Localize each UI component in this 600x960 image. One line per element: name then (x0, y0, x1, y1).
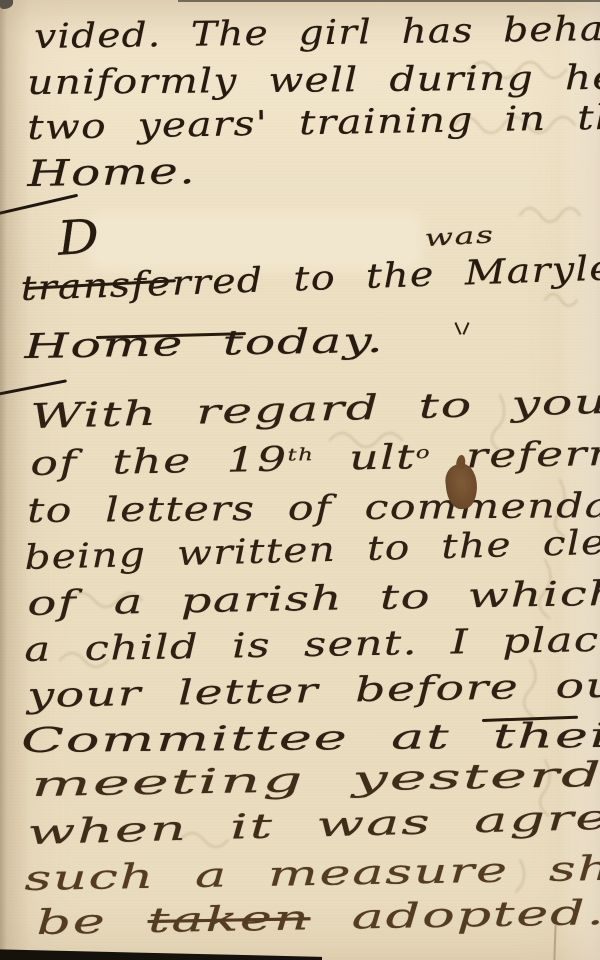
handwriting-line: such a measure should (24, 850, 600, 896)
handwriting-line: D (56, 213, 102, 263)
handwriting-line: Home today. (24, 324, 384, 364)
handwriting-text: Home today. (24, 321, 385, 367)
handwriting-line: of the 19th ulto referring (30, 436, 600, 481)
handwriting-text: was (424, 222, 495, 252)
insertion-caret-mark (455, 322, 469, 335)
handwriting-text: Home. (27, 151, 196, 195)
handwriting-line: your letter before our (27, 668, 600, 713)
handwriting-line: be taken adopted. (36, 896, 600, 940)
handwriting-line: to letters of commendation (27, 488, 600, 528)
handwriting-text: to letters of commendation (27, 485, 600, 531)
letter-scan: vided. The girl has behaveduniformly wel… (0, 0, 600, 960)
handwriting-line: Committee at their (21, 719, 600, 758)
handwriting-text: be (36, 901, 148, 943)
handwriting-line: Home. (27, 154, 196, 193)
handwriting-text: D (56, 209, 102, 267)
superscript-text: th (287, 445, 314, 465)
handwriting-line: vided. The girl has behaved (34, 11, 600, 54)
struck-word: taken (147, 898, 310, 941)
handwriting-line: two years' training in this (27, 100, 600, 145)
handwriting-line: was (424, 224, 495, 251)
handwriting-line: uniformly well during her (27, 61, 600, 100)
handwriting-line: of a parish to which (27, 577, 600, 621)
handwriting-text: Committee at their (21, 716, 600, 761)
scan-top-edge-line (178, 0, 600, 2)
handwriting-line: meeting yesterday (31, 757, 600, 802)
superscript-text: o (416, 443, 432, 463)
handwriting-text: vided. The girl has behaved (34, 8, 600, 57)
handwriting-text: adopted. (310, 893, 600, 938)
handwriting-text: ult (314, 437, 416, 479)
handwriting-line: a child is sent. I placed (24, 622, 600, 667)
handwriting-text: of the 19 (30, 440, 288, 484)
page-left-shadow (0, 0, 7, 960)
handwriting-text: uniformly well during her (27, 58, 600, 103)
